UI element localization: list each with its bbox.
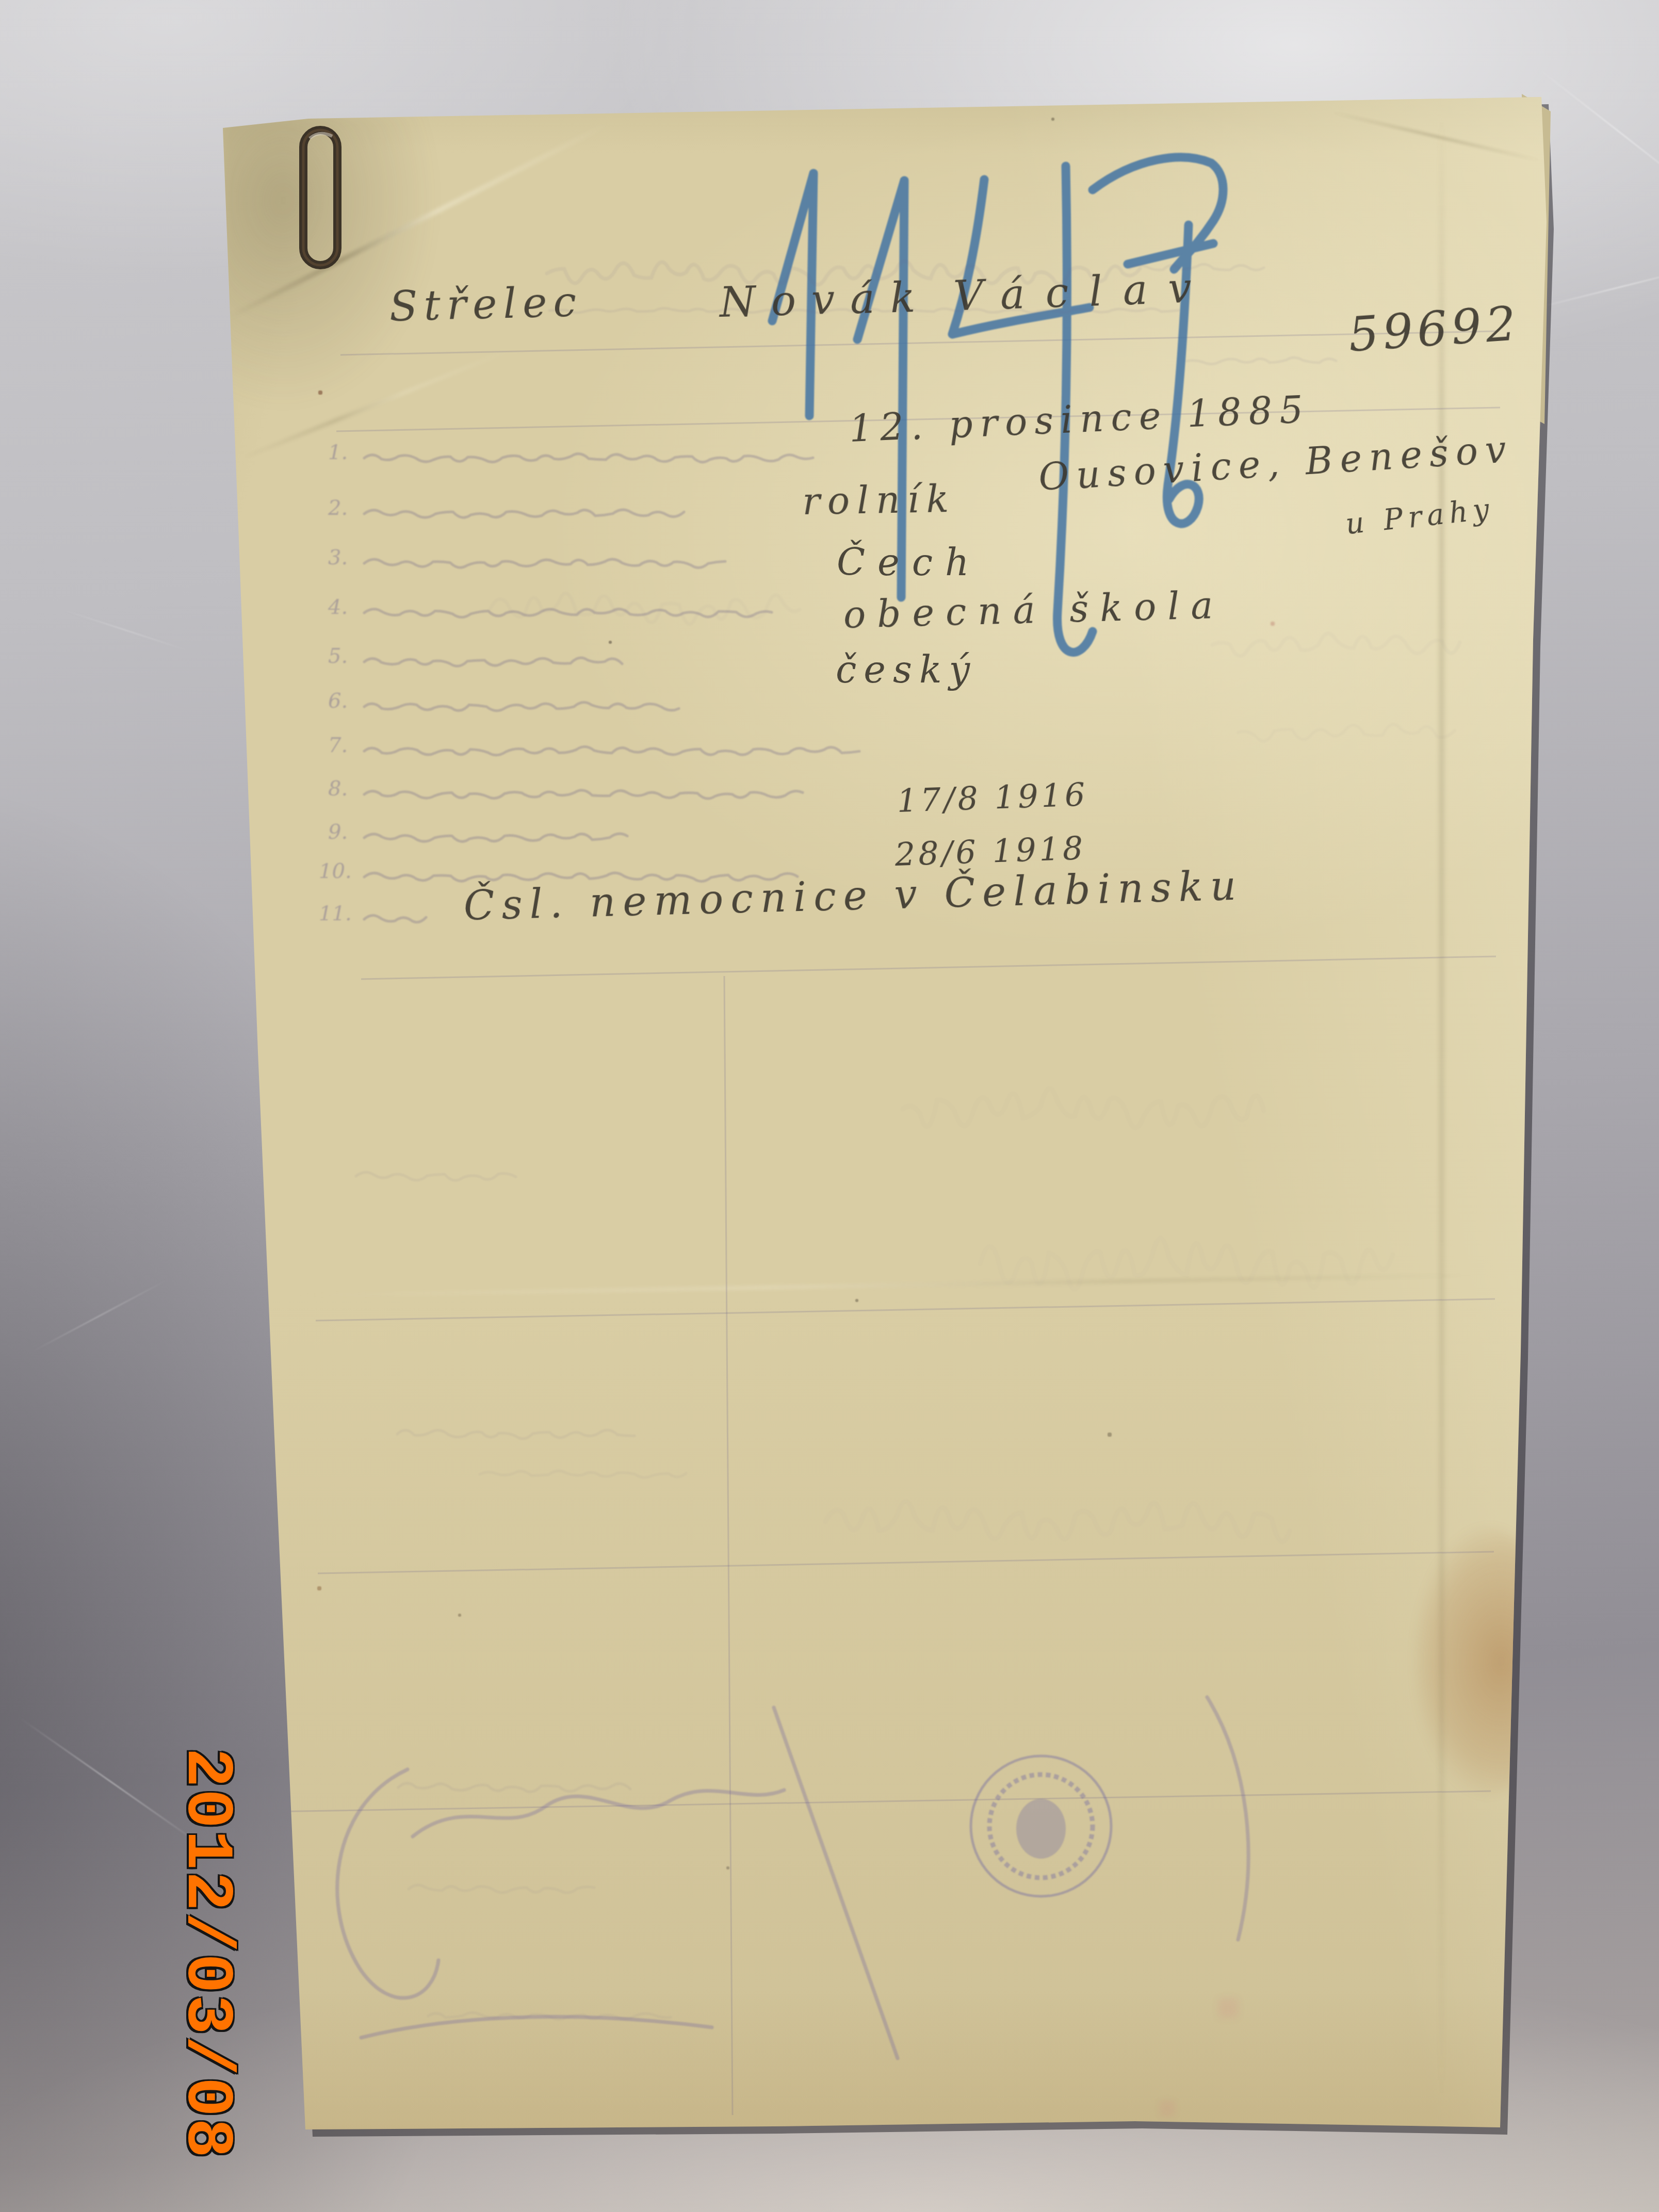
faint-pencil-scribble — [903, 1088, 1264, 1128]
stamp-outer-ring — [971, 1756, 1111, 1896]
faint-pencil-scribble — [364, 703, 679, 711]
faint-pencil-scribble — [364, 510, 684, 517]
paper-crease — [1330, 110, 1542, 162]
faint-row-number: 11. — [319, 902, 352, 925]
table-rule-line — [340, 331, 1496, 355]
round-stamp — [971, 1756, 1111, 1896]
faint-row-number: 6. — [328, 689, 348, 713]
faint-pencil-scribble — [364, 559, 725, 567]
digit-1 — [857, 181, 904, 597]
joined-date-handwriting: 28/6 1918 — [894, 829, 1086, 873]
table-rule-line — [316, 1299, 1495, 1321]
faint-row-number: 8. — [328, 777, 348, 801]
given-name-handwriting: Václav — [953, 264, 1213, 320]
signature-underline — [361, 2017, 712, 2038]
surface-scratch — [30, 1279, 168, 1353]
faint-pencil-scribble — [1212, 633, 1460, 656]
faint-signature — [337, 1697, 1248, 2058]
faint-row-number: 1. — [328, 441, 348, 464]
faint-row-number: 2. — [328, 496, 348, 520]
language-handwriting: český — [836, 648, 977, 691]
digit-7-crossbar — [1128, 243, 1213, 264]
education-handwriting: obecná škola — [843, 583, 1225, 637]
stamp-emblem — [1016, 1799, 1066, 1859]
folded-corner-shadow — [217, 111, 438, 410]
surface-scratch — [62, 609, 190, 652]
table-rule-line — [318, 1552, 1494, 1573]
faint-pencil-scribble — [490, 593, 800, 624]
faint-pencil-scribble — [980, 1238, 1393, 1289]
faint-pencil-scribble — [364, 658, 622, 666]
faint-pencil-scribble — [356, 1173, 516, 1181]
last-unit-handwriting: Čsl. nemocnice v Čelabinsku — [463, 863, 1244, 930]
faint-pencil-scribble — [364, 915, 426, 922]
paper-crease — [289, 1273, 1486, 1298]
surname-handwriting: Novák — [719, 273, 932, 327]
faint-row-number: 5. — [328, 644, 348, 668]
photo-scene: Střelec Novák Václav 59692 12. prosince … — [0, 0, 1659, 2212]
signature-loop — [337, 1769, 438, 1998]
faint-row-number: 4. — [328, 595, 348, 619]
faint-pencil-scribble — [364, 834, 627, 841]
faint-pencil-scribble — [480, 1471, 686, 1477]
faint-pencil-scribble — [1238, 724, 1455, 741]
table-rule-line — [272, 1791, 1491, 1812]
signature-slash — [774, 1707, 898, 2058]
faint-pencil-scribble — [1186, 357, 1336, 364]
faint-pencil-scribble — [364, 790, 803, 799]
faint-pencil-scribble — [397, 1430, 635, 1439]
camera-timestamp: 2012/03/08 — [166, 1748, 243, 2160]
faint-row-number: 10. — [319, 859, 352, 883]
surface-scratch — [1537, 67, 1659, 202]
stamp-text-ring — [989, 1775, 1093, 1878]
faint-pencil-scribble — [398, 1783, 630, 1792]
faint-pencil-scribble — [825, 1501, 1290, 1542]
faint-row-number: 9. — [328, 820, 348, 844]
signature-flourish — [1207, 1697, 1248, 1940]
birth-date-handwriting: 12. prosince 1885 — [848, 387, 1311, 451]
rank-handwriting: Střelec — [389, 278, 583, 331]
signature-scribble — [413, 1790, 784, 1836]
faint-pencil-scribble — [428, 2012, 671, 2019]
digit-7 — [1093, 157, 1223, 269]
place-suffix-handwriting: u Prahy — [1344, 492, 1496, 541]
paper-crease — [1439, 119, 1444, 2100]
faint-row-number: 7. — [328, 734, 348, 757]
faint-pencil-scribble — [364, 454, 813, 462]
occupation-handwriting: rolník — [802, 477, 956, 523]
nationality-handwriting: Čech — [837, 541, 981, 584]
faint-pencil-scribble — [409, 1885, 594, 1893]
table-rule-line — [361, 956, 1496, 979]
faint-pencil-scribble — [364, 746, 859, 755]
captured-date-handwriting: 17/8 1916 — [896, 775, 1088, 820]
faint-pencil-scribble — [364, 609, 772, 617]
table-rule-line — [724, 976, 733, 2115]
registry-number-handwriting: 59692 — [1347, 296, 1522, 363]
faint-row-number: 3. — [328, 546, 348, 570]
